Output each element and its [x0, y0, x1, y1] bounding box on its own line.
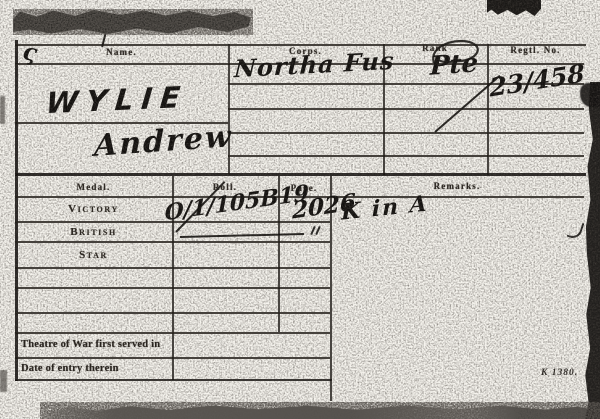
surname-entry: WYLIE — [45, 83, 190, 118]
theatre-of-war-label: Theatre of War first served in — [21, 340, 160, 351]
remarks-hook-mark — [567, 219, 585, 240]
corps-row-rule — [228, 108, 584, 110]
left-edge-speck — [0, 370, 7, 392]
empty-row-rule — [15, 312, 330, 314]
star-row-rule — [15, 267, 330, 269]
british-roll-ditto-line — [180, 233, 304, 238]
corps-row-rule — [228, 132, 584, 134]
top-left-ink-smudge — [13, 9, 251, 34]
corps-entry: Northa Fus — [233, 49, 395, 82]
empty-row-rule — [15, 332, 330, 334]
section-divider-rule — [15, 173, 586, 176]
medal-column-label: Medal. — [15, 183, 172, 192]
empty-row-rule — [15, 287, 330, 289]
margin-squiggle-mark: ς — [21, 40, 39, 65]
regtl-no-entry: 23/458 — [489, 60, 585, 100]
medal-index-card-scan: Name. Corps. Rank Regtl. No. Medal. Roll… — [0, 0, 600, 419]
right-edge-scan-band — [584, 82, 600, 419]
corps-row-rule — [228, 155, 584, 157]
medal-row-star-label: Star — [15, 250, 172, 261]
british-row-rule — [15, 241, 330, 243]
rank-entry: Pte — [430, 50, 479, 79]
regtl-no-column-label: Regtl. No. — [487, 46, 584, 55]
left-edge-speck — [0, 96, 5, 124]
british-page-ditto-mark — [315, 226, 320, 235]
remarks-column-label: Remarks. — [330, 182, 584, 191]
forename-entry: Andrew — [94, 122, 232, 162]
bottom-scan-band — [48, 404, 600, 419]
form-number: K 1380. — [541, 369, 578, 379]
theatre-row-rule — [15, 357, 330, 359]
date-of-entry-label: Date of entry therein — [21, 364, 119, 375]
card-bottom-rule — [15, 379, 332, 381]
medal-row-british-label: British — [15, 227, 172, 238]
medal-row-victory-label: Victory — [15, 204, 172, 215]
name-column-label: Name. — [15, 48, 228, 57]
top-right-ink-blob — [487, 0, 541, 16]
